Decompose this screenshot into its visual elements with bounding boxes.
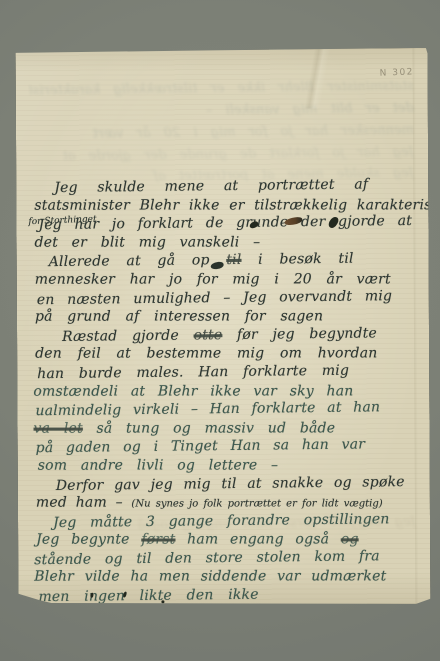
bleedthrough-text: mennesker har jo for mig i 20 år vært [30, 123, 414, 143]
bleedthrough-text: Jeg har jo forklart de grunde der gjorde… [30, 145, 414, 165]
handwriting-line: Jeg måtte 3 gange forandre opstillingen [53, 509, 430, 532]
struck-word: og [341, 532, 359, 548]
handwriting-text: i besøk til [241, 251, 353, 268]
handwriting-text: omstændeli at Blehr ikke var sky han [33, 383, 353, 399]
handwriting-line: Ræstad gjorde otte før jeg begyndte [62, 324, 429, 347]
handwriting-text: den feil at bestemme mig om hvordan [35, 346, 377, 362]
handwriting-line: som andre livli og lettere – [38, 456, 430, 475]
bleedthrough-text: statsminister Blehr ikke er tilstrækkeli… [30, 79, 414, 99]
handwriting-text: mennesker har jo for mig i 20 år vært [35, 271, 391, 287]
handwriting-text: han burde males. Han forklarte mig [37, 363, 349, 383]
handwriting-line: men ingen likte den ikke [38, 584, 430, 607]
handwriting-line: en næsten umulighed – Jeg overvandt mig [37, 286, 429, 309]
struck-word: va let [34, 420, 83, 436]
struck-word: først [141, 532, 175, 548]
handwriting-line: på gaden og i Tinget Han sa han var [36, 435, 430, 458]
handwriting-line: ualmindelig virkeli – Han forklarte at h… [35, 398, 429, 421]
handwriting-text: en næsten umulighed – Jeg overvandt mig [37, 288, 393, 308]
handwriting-text: Blehr vilde ha men siddende var udmærket [34, 569, 386, 585]
handwriting-text: før jeg begyndte [222, 325, 377, 343]
handwriting-text: Derfor gav jeg mig til at snakke og spøk… [56, 474, 405, 494]
letter-page: statsminister Blehr ikke er tilstrækkeli… [16, 48, 431, 607]
catalog-number: N 302 [379, 67, 414, 78]
handwriting-lines: Jeg skulde mene at portrættet afstatsmin… [16, 176, 430, 606]
handwriting-text: ham engang også [175, 532, 340, 548]
handwriting-text: Jeg skulde mene at portrættet af [54, 176, 368, 196]
bleedthrough-text: det er blit mig vanskeli – [30, 101, 414, 121]
handwriting-text: på gaden og i Tinget Han sa han var [36, 437, 366, 457]
handwriting-line: Allerede at gå op til i besøk til [49, 249, 429, 272]
ink-speck [161, 600, 164, 603]
handwriting-text: Jeg begynte [36, 532, 141, 548]
handwriting-text: på grund af interessen for sagen [35, 309, 323, 325]
handwriting-text: Ræstad gjorde [62, 327, 194, 344]
handwriting-text: Jeg måtte 3 gange forandre opstillingen [53, 511, 390, 531]
photo-backdrop: statsminister Blehr ikke er tilstrækkeli… [0, 0, 440, 661]
struck-word: otte [193, 327, 222, 343]
handwriting-text: Jeg har jo forklart de grunde der gjorde… [38, 213, 412, 233]
handwriting-text: (Nu synes jo folk portrættet er for lidt… [131, 498, 382, 509]
handwriting-text: det er blit mig vanskeli – [35, 234, 261, 250]
struck-word: til [226, 252, 241, 268]
handwriting-line: Derfor gav jeg mig til at snakke og spøk… [56, 472, 430, 495]
handwriting-text: Allerede at gå op [49, 252, 227, 270]
handwriting-line: han burde males. Han forklarte mig [37, 361, 429, 384]
handwriting-text: ualmindelig virkeli – Han forklarte at h… [35, 399, 380, 419]
handwriting-line: Jeg skulde mene at portrættet af [54, 175, 428, 198]
handwriting-text: så tung og massiv ud både [83, 420, 335, 436]
handwriting-text: statsminister Blehr ikke er tilstrækkeli… [34, 197, 440, 213]
handwriting-line: Jeg har jo forklart de grunde der gjorde… [38, 212, 428, 235]
handwriting-line: stående og til den store stolen kom fra [34, 547, 430, 570]
handwriting-text: som andre livli og lettere – [38, 457, 279, 473]
handwriting-line: mennesker har jo for mig i 20 år vært [35, 270, 429, 289]
paper-crease [241, 48, 391, 109]
handwriting-text: med ham – [36, 495, 132, 511]
handwriting-text: stående og til den store stolen kom fra [34, 548, 380, 568]
handwriting-text: men ingen likte den ikke [38, 587, 258, 605]
